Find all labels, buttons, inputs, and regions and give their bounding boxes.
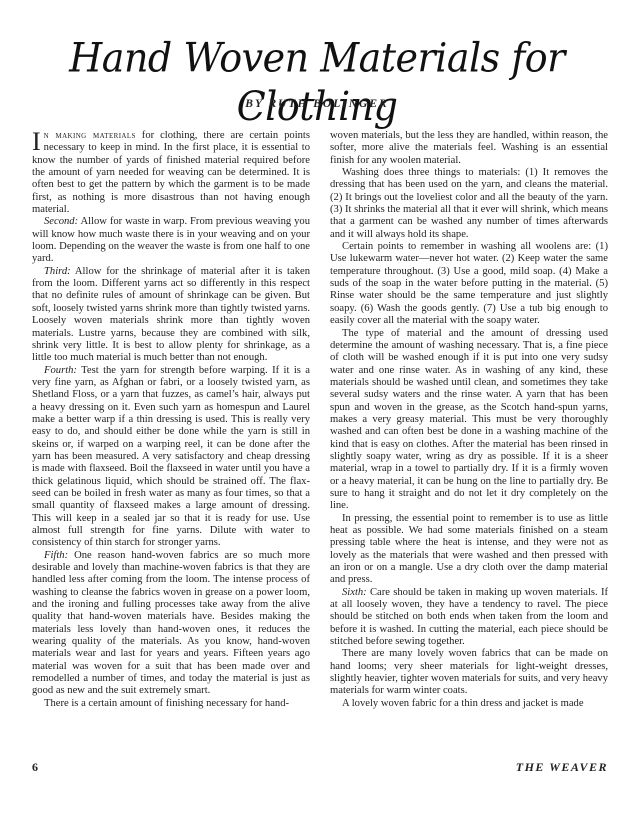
intro-text: for clothing, there are certain points n… bbox=[32, 130, 310, 215]
paragraph-fifth: Fifth: One reason hand-woven fabrics are… bbox=[32, 550, 310, 698]
lead-word: Fourth: bbox=[44, 365, 77, 376]
left-column: In making materials for clothing, there … bbox=[32, 130, 310, 710]
paragraph-dress: A lovely woven fabric for a thin dress a… bbox=[330, 698, 608, 710]
right-column: woven materials, but the less they are h… bbox=[330, 130, 608, 710]
byline: BY RUTH BOLINGER bbox=[0, 98, 634, 110]
paragraph-pressing: In pressing, the essential point to reme… bbox=[330, 513, 608, 587]
lead-word: Third: bbox=[44, 266, 71, 277]
paragraph-second: Second: Allow for waste in warp. From pr… bbox=[32, 216, 310, 265]
lead-word: Fifth: bbox=[44, 550, 68, 561]
magazine-page: Hand Woven Materials for Clothing BY RUT… bbox=[0, 0, 634, 822]
paragraph-third: Third: Allow for the shrinkage of materi… bbox=[32, 266, 310, 365]
page-number: 6 bbox=[32, 760, 38, 775]
paragraph-fourth: Fourth: Test the yarn for strength befor… bbox=[32, 365, 310, 550]
paragraph-intro: In making materials for clothing, there … bbox=[32, 130, 310, 216]
paragraph-material-type: The type of material and the amount of d… bbox=[330, 328, 608, 513]
lead-word: Second: bbox=[44, 216, 78, 227]
paragraph-washing-points: Certain points to remember in washing al… bbox=[330, 241, 608, 327]
lead-word: Sixth: bbox=[342, 587, 367, 598]
paragraph-continued: woven materials, but the less they are h… bbox=[330, 130, 608, 167]
intro-smallcaps: n making materials bbox=[44, 130, 136, 141]
paragraph-text: Test the yarn for strength before warpin… bbox=[32, 365, 310, 549]
paragraph-text: One reason hand-woven fabrics are so muc… bbox=[32, 550, 310, 697]
paragraph-finishing: There is a certain amount of finishing n… bbox=[32, 698, 310, 710]
drop-cap: I bbox=[32, 131, 41, 153]
paragraph-fabrics: There are many lovely woven fabrics that… bbox=[330, 648, 608, 697]
paragraph-text: Care should be taken in making up woven … bbox=[330, 587, 608, 647]
publication-name: THE WEAVER bbox=[516, 760, 608, 775]
article-title: Hand Woven Materials for Clothing bbox=[0, 34, 634, 131]
paragraph-washing: Washing does three things to materials: … bbox=[330, 167, 608, 241]
paragraph-sixth: Sixth: Care should be taken in making up… bbox=[330, 587, 608, 649]
paragraph-text: Allow for the shrinkage of material afte… bbox=[32, 266, 310, 363]
